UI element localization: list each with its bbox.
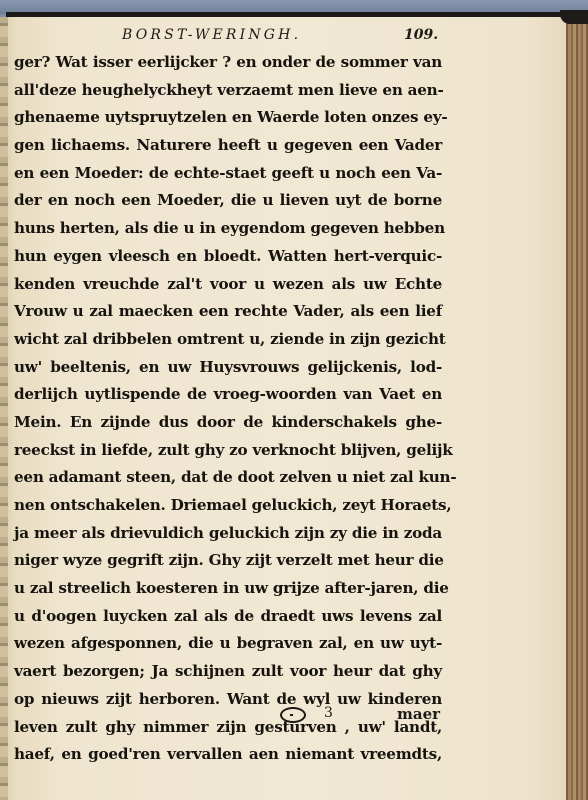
text-line: Vrouw u zal maecken een rechte Vader, al… (14, 298, 442, 326)
text-line: huns herten, als die u in eygendom gegev… (14, 215, 442, 243)
text-line: u d'oogen luycken zal als de draedt uws … (14, 603, 442, 631)
binding-corner (560, 10, 588, 24)
page-footer: 3 maer (0, 705, 440, 729)
text-line: ghenaeme uytspruytzelen en Waerde loten … (14, 104, 442, 132)
text-line: nen ontschakelen. Driemael geluckich, ze… (14, 492, 442, 520)
body-text: ger? Wat isser eerlijcker ? en onder de … (14, 49, 442, 769)
text-line: gen lichaems. Naturere heeft u gegeven e… (14, 132, 442, 160)
text-line: uw' beeltenis, en uw Huysvrouws gelijcke… (14, 354, 442, 382)
text-line: reeckst in liefde, zult ghy zo verknocht… (14, 437, 442, 465)
text-line: haef, en goed'ren vervallen aen niemant … (14, 741, 442, 769)
text-line: all'deze heughelyckheyt verzaemt men lie… (14, 77, 442, 105)
text-line: ja meer als drievuldich geluckich zijn z… (14, 520, 442, 548)
catchword: maer (397, 705, 440, 723)
text-line: kenden vreuchde zal't voor u wezen als u… (14, 271, 442, 299)
text-line: hun eygen vleesch en bloedt. Watten hert… (14, 243, 442, 271)
text-line: vaert bezorgen; Ja schijnen zult voor he… (14, 658, 442, 686)
text-line: ger? Wat isser eerlijcker ? en onder de … (14, 49, 442, 77)
text-line: wezen afgesponnen, die u begraven zal, e… (14, 630, 442, 658)
text-line: derlijch uytlispende de vroeg-woorden va… (14, 381, 442, 409)
page-number: 109. (404, 27, 438, 43)
text-line: wicht zal dribbelen omtrent u, ziende in… (14, 326, 442, 354)
text-line: niger wyze gegrift zijn. Ghy zijt verzel… (14, 547, 442, 575)
running-head: BORST-WERINGH. 109. (0, 27, 440, 47)
text-line: u zal streelich koesteren in uw grijze a… (14, 575, 442, 603)
page-fore-edge (566, 17, 588, 800)
signature-ornament-icon (280, 707, 306, 723)
signature-number: 3 (324, 705, 333, 721)
text-line: een adamant steen, dat de doot zelven u … (14, 464, 442, 492)
text-line: der en noch een Moeder, die u lieven uyt… (14, 187, 442, 215)
text-line: en een Moeder: de echte-staet geeft u no… (14, 160, 442, 188)
text-line: Mein. En zijnde dus door de kinderschake… (14, 409, 442, 437)
running-head-title: BORST-WERINGH. (122, 27, 301, 43)
gutter-edge (0, 17, 8, 800)
